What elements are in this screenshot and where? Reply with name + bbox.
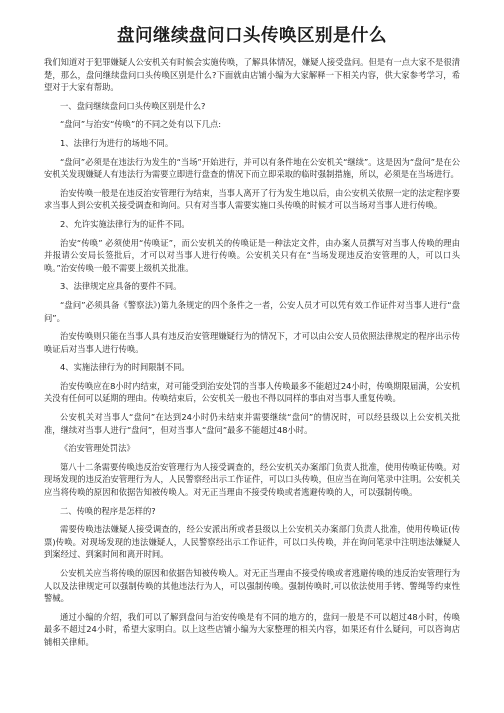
body-paragraph: 需要传唤违法嫌疑人接受调查的，经公安派出所或者县级以上公安机关办案部门负责人批准…	[44, 523, 460, 561]
document-page: 盘问继续盘问口头传唤区别是什么 我们知道对于犯罪嫌疑人公安机关有时候会实施传唤，…	[0, 0, 504, 713]
section-heading-1: 一、盘问继续盘问口头传唤区别是什么?	[44, 100, 460, 113]
point-heading-2: 2、允许实施法律行为的证件不同。	[44, 218, 460, 231]
point-heading-3: 3、法律规定应具备的要件不同。	[44, 280, 460, 293]
law-citation-heading: 《治安管理处罚法》	[44, 442, 460, 455]
point-heading-4: 4、实施法律行为的时间限制不同。	[44, 361, 460, 374]
article-body: 我们知道对于犯罪嫌疑人公安机关有时候会实施传唤，了解具体情况，嫌疑人接受盘问。但…	[44, 56, 460, 655]
point-heading-1: 1、法律行为进行的场地不同。	[44, 137, 460, 150]
intro-paragraph: 我们知道对于犯罪嫌疑人公安机关有时候会实施传唤，了解具体情况，嫌疑人接受盘问。但…	[44, 56, 460, 94]
body-paragraph: 治安传唤一般是在违反治安管理行为结束，当事人离开了行为发生地以后，由公安机关依照…	[44, 187, 460, 212]
body-paragraph: 公安机关对当事人“盘问”在达到24小时仍未结束并需要继续“盘问”的情况时，可以经…	[44, 411, 460, 436]
page-title: 盘问继续盘问口头传唤区别是什么	[0, 22, 504, 47]
body-paragraph: 治安传唤则只能在当事人具有违反治安管理嫌疑行为的情况下，才可以由公安人员依照法律…	[44, 330, 460, 355]
body-paragraph: “盘问”必须具备《警察法》)第九条规定的四个条件之一者，公安人员才可以凭有效工作…	[44, 299, 460, 324]
conclusion-paragraph: 通过小编的介绍，我们可以了解到盘问与治安传唤是有不同的地方的，盘问一般是不可以超…	[44, 611, 460, 649]
body-paragraph: 治安“传唤” 必须使用“传唤证”，而公安机关的传唤证是一种法定文件，由办案人员撰…	[44, 237, 460, 275]
body-paragraph: 治安传唤应在8小时内结束，对可能受到治安处罚的当事人传唤最多不能超过24小时，传…	[44, 380, 460, 405]
subheading-differences: “盘问”与治安“传唤”的不同之处有以下几点:	[44, 118, 460, 131]
section-heading-2: 二、传唤的程序是怎样的?	[44, 505, 460, 518]
body-paragraph: “盘问”必须是在违法行为发生的“当场”开始进行，并可以有条件地在公安机关“继续”…	[44, 156, 460, 181]
law-article-paragraph: 第八十二条需要传唤违反治安管理行为人接受调查的，经公安机关办案部门负责人批准，使…	[44, 461, 460, 499]
body-paragraph: 公安机关应当将传唤的原因和依据告知被传唤人。对无正当理由不接受传唤或者逃避传唤的…	[44, 567, 460, 605]
